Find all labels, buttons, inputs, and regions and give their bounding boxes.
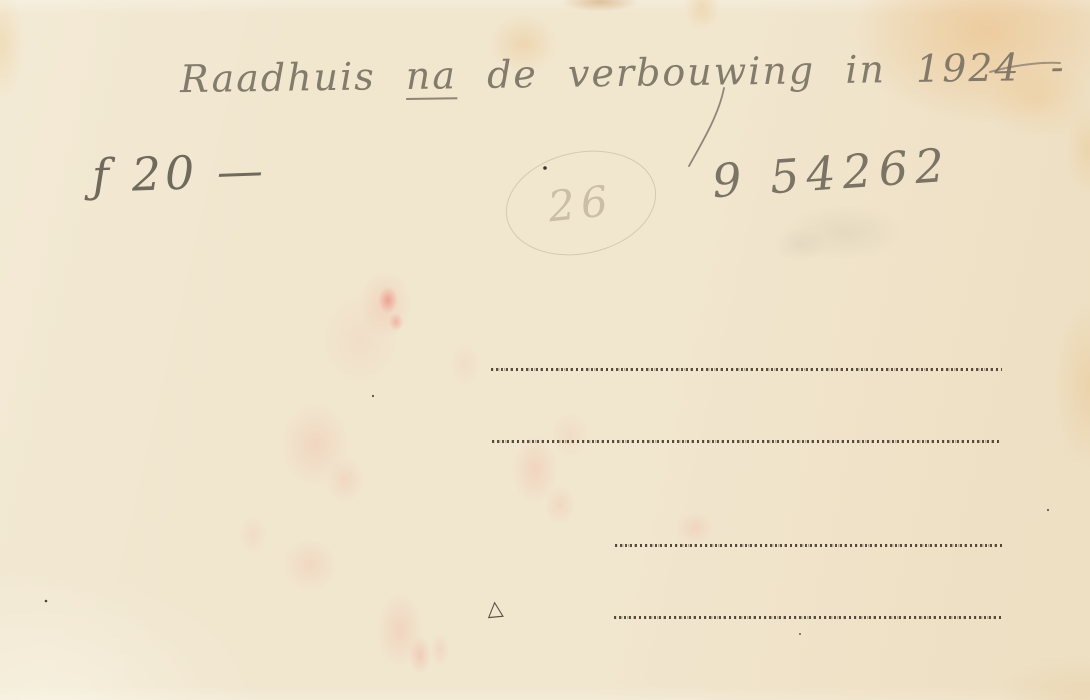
handwritten-caption: Raadhuis na de verbouwing in 1924 - 1925: [180, 43, 1090, 101]
handwritten-price: ƒ 20 —: [91, 143, 268, 203]
circled-number-text: 26: [546, 175, 616, 231]
triangle-mark: △: [486, 595, 504, 620]
address-dotted-line-2: [492, 440, 1002, 443]
caption-text-prefix: Raadhuis: [180, 54, 406, 101]
aging-stains: [0, 0, 1090, 700]
address-dotted-line-4: [614, 616, 1003, 619]
handwritten-number: 9 54262: [710, 138, 952, 209]
postcard-back: Raadhuis na de verbouwing in 1924 - 1925…: [0, 0, 1090, 700]
caption-underlined-word: na: [406, 53, 458, 98]
caption-text-suffix: de verbouwing in 1924 - 1925: [457, 43, 1090, 97]
red-stains: [0, 0, 1090, 700]
address-dotted-line-3: [615, 544, 1003, 547]
address-dotted-line-1: [491, 368, 1002, 371]
circled-number: 26: [496, 137, 666, 268]
pencil-flourishes: [0, 0, 1090, 700]
